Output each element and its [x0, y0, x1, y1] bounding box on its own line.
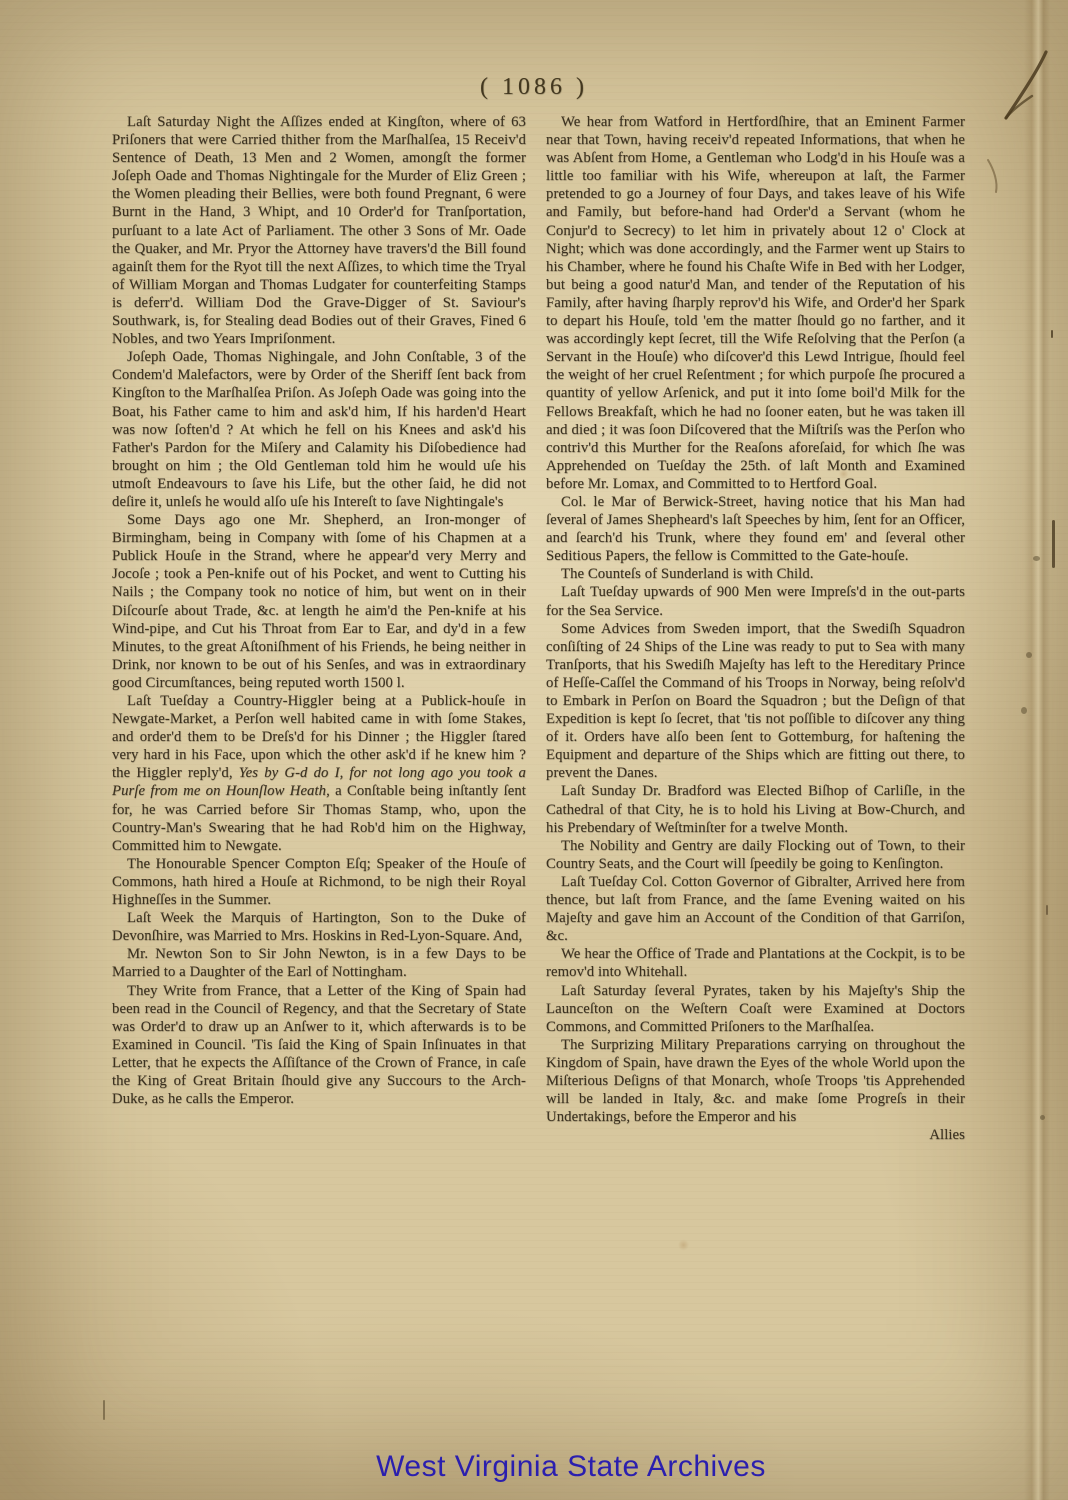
paper-crease [1024, 0, 1050, 1500]
body-text: Some Days ago one Mr. Shepherd, an Iron-… [112, 512, 526, 691]
body-text: The Honourable Spencer Compton Eſq; Spea… [112, 856, 526, 908]
body-text: Laſt Saturday Night the Aſſizes ended at… [112, 114, 526, 347]
body-text: The Surprizing Military Preparations car… [546, 1037, 965, 1125]
newspaper-page: ( 1086 ) Laſt Saturday Night the Aſſizes… [0, 0, 1068, 1500]
body-text: Col. le Mar of Berwick-Street, having no… [546, 494, 965, 564]
column-right: We hear from Watford in Hertfordſhire, t… [546, 113, 965, 1144]
paragraph: Joſeph Oade, Thomas Nighingale, and John… [112, 348, 526, 511]
body-text: The Nobility and Gentry are daily Flocki… [546, 838, 965, 872]
ink-speck [1033, 556, 1040, 561]
body-text: Laſt Tueſday Col. Cotton Governor of Gib… [546, 874, 965, 944]
ink-speck [1051, 330, 1053, 338]
paragraph: Laſt Tueſday a Country-Higgler being at … [112, 692, 526, 855]
column-left: Laſt Saturday Night the Aſſizes ended at… [112, 113, 526, 1108]
paragraph: Laſt Tueſday Col. Cotton Governor of Gib… [546, 873, 965, 945]
ink-speck [1046, 905, 1048, 915]
body-text: Allies [929, 1127, 965, 1143]
paragraph: Allies [546, 1126, 965, 1144]
handwritten-ink-mark [972, 42, 1064, 212]
body-text: We hear the Office of Trade and Plantati… [546, 946, 965, 980]
body-text: Laſt Week the Marquis of Hartington, Son… [112, 910, 526, 944]
paragraph: Mr. Newton Son to Sir John Newton, is in… [112, 945, 526, 981]
paragraph: The Honourable Spencer Compton Eſq; Spea… [112, 855, 526, 909]
paragraph: The Counteſs of Sunderland is with Child… [546, 565, 965, 583]
paragraph: Some Days ago one Mr. Shepherd, an Iron-… [112, 511, 526, 692]
body-text: The Counteſs of Sunderland is with Child… [561, 566, 814, 582]
paragraph: Laſt Saturday ſeveral Pyrates, taken by … [546, 982, 965, 1036]
paragraph: Col. le Mar of Berwick-Street, having no… [546, 493, 965, 565]
page-number: ( 1086 ) [0, 74, 1068, 101]
paragraph: We hear from Watford in Hertfordſhire, t… [546, 113, 965, 493]
ink-speck [103, 1400, 105, 1420]
paragraph: Laſt Saturday Night the Aſſizes ended at… [112, 113, 526, 348]
paragraph: Some Advices from Sweden import, that th… [546, 620, 965, 783]
ink-speck [1026, 652, 1032, 658]
paragraph: We hear the Office of Trade and Plantati… [546, 945, 965, 981]
body-text: They Write from France, that a Letter of… [112, 983, 526, 1108]
paragraph: The Surprizing Military Preparations car… [546, 1036, 965, 1126]
body-text: Laſt Tueſday upwards of 900 Men were Imp… [546, 584, 965, 618]
archives-watermark: West Virginia State Archives [0, 1450, 1068, 1484]
body-text: Some Advices from Sweden import, that th… [546, 621, 965, 782]
paragraph: Laſt Week the Marquis of Hartington, Son… [112, 909, 526, 945]
body-text: Laſt Saturday ſeveral Pyrates, taken by … [546, 983, 965, 1035]
paragraph: The Nobility and Gentry are daily Flocki… [546, 837, 965, 873]
paragraph: They Write from France, that a Letter of… [112, 982, 526, 1109]
ink-speck [1021, 707, 1027, 714]
body-text: We hear from Watford in Hertfordſhire, t… [546, 114, 965, 492]
body-text: Mr. Newton Son to Sir John Newton, is in… [112, 946, 526, 980]
ink-speck [1052, 520, 1055, 568]
paragraph: Laſt Tueſday upwards of 900 Men were Imp… [546, 583, 965, 619]
body-text: Laſt Sunday Dr. Bradford was Elected Biſ… [546, 783, 965, 835]
ink-speck [1040, 1115, 1045, 1120]
paragraph: Laſt Sunday Dr. Bradford was Elected Biſ… [546, 782, 965, 836]
body-text: Joſeph Oade, Thomas Nighingale, and John… [112, 349, 526, 510]
